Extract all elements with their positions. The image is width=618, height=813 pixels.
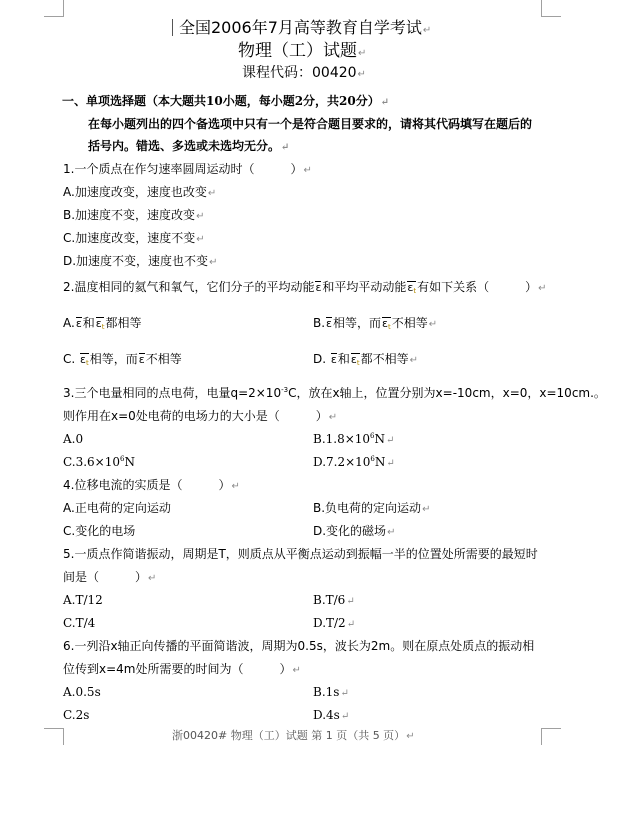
- paragraph-mark-icon: ↵: [346, 596, 354, 607]
- question-4-stem: 4.位移电流的实质是（ ）↵: [63, 477, 240, 495]
- epsilon-bar-symbol: ε: [315, 281, 321, 293]
- margin-corner-bottom-left: [44, 728, 64, 745]
- question-4-option-b: B.负电荷的定向运动↵: [313, 500, 430, 518]
- paragraph-mark-icon: ↵: [358, 48, 366, 59]
- question-3-option-a: A.0: [63, 431, 83, 447]
- question-2-option-d: D. ε和εt都不相等↵: [313, 351, 418, 369]
- question-6-option-c: C.2s: [63, 707, 89, 723]
- paragraph-mark-icon: ↵: [231, 481, 239, 492]
- paragraph-mark-icon: ↵: [148, 573, 156, 584]
- question-5-stem-cont: 间是（ ）↵: [63, 569, 156, 587]
- question-2-option-c: C. εt相等，而ε不相等: [63, 351, 182, 369]
- question-1-option-b: B.加速度不变，速度改变↵: [63, 207, 204, 225]
- question-3-option-d: D.7.2×106N↵: [313, 454, 395, 472]
- paragraph-mark-icon: ↵: [410, 355, 418, 366]
- section-title: 一、单项选择题（本大题共10小题，每小题2分，共20分）↵: [62, 93, 389, 111]
- question-5-option-b: B.T/6↵: [313, 592, 355, 610]
- paragraph-mark-icon: ↵: [381, 97, 389, 108]
- paragraph-mark-icon: ↵: [347, 619, 355, 630]
- paragraph-mark-icon: ↵: [209, 257, 217, 268]
- question-1-option-c: C.加速度改变，速度不变↵: [63, 230, 205, 248]
- question-6-stem: 6.一列沿x轴正向传播的平面简谐波，周期为0.5s，波长为2m。则在原点处质点的…: [63, 638, 534, 654]
- paragraph-mark-icon: ↵: [303, 165, 311, 176]
- question-2-option-a: A.ε和εt都相等: [63, 315, 142, 333]
- epsilon-bar-symbol: ε: [331, 353, 337, 365]
- paragraph-mark-icon: ↵: [196, 234, 204, 245]
- section-instruction: 在每小题列出的四个备选项中只有一个是符合题目要求的，请将其代码填写在题后的: [88, 116, 532, 132]
- paragraph-mark-icon: ↵: [340, 688, 348, 699]
- epsilon-bar-symbol: ε: [326, 317, 332, 329]
- question-5-option-a: A.T/12: [63, 592, 103, 608]
- question-6-option-d: D.4s↵: [313, 707, 349, 725]
- question-4-option-a: A.正电荷的定向运动: [63, 500, 171, 516]
- question-5-stem: 5.一质点作简谐振动，周期是T，则质点从平衡点运动到振幅一半的位置处所需要的最短…: [63, 546, 538, 562]
- paragraph-mark-icon: ↵: [429, 319, 437, 330]
- question-1-option-d: D.加速度不变，速度也不变↵: [63, 253, 217, 271]
- paragraph-mark-icon: ↵: [196, 211, 204, 222]
- question-2-option-b: B.ε相等，而εt不相等↵: [313, 315, 437, 333]
- course-code: 课程代码：00420↵: [242, 64, 366, 84]
- exam-title: 全国2006年7月高等教育自学考试↵: [172, 18, 431, 41]
- question-1-option-a: A.加速度改变，速度也改变↵: [63, 184, 216, 202]
- question-3-stem: 3.三个电量相同的点电荷，电量q=2×10-3C，放在x轴上，位置分别为x=-1…: [63, 385, 606, 401]
- question-5-option-c: C.T/4: [63, 615, 95, 631]
- question-1-stem: 1.一个质点在作匀速率圆周运动时（ ）↵: [63, 161, 312, 179]
- epsilon-t-bar-symbol: εt: [407, 281, 416, 297]
- margin-corner-top-left: [44, 0, 64, 17]
- paragraph-mark-icon: ↵: [208, 188, 216, 199]
- question-6-stem-cont: 位传到x=4m处所需要的时间为（ ）↵: [63, 661, 301, 679]
- question-3-option-c: C.3.6×106N: [63, 454, 135, 470]
- paragraph-mark-icon: ↵: [538, 283, 546, 294]
- question-4-option-d: D.变化的磁场↵: [313, 523, 395, 541]
- margin-corner-top-right: [541, 0, 561, 17]
- paragraph-mark-icon: ↵: [406, 731, 414, 742]
- section-instruction-cont: 括号内。错选、多选或未选均无分。↵: [88, 138, 289, 156]
- question-6-option-a: A.0.5s: [63, 684, 101, 700]
- paragraph-mark-icon: ↵: [329, 412, 337, 423]
- document-page: 全国2006年7月高等教育自学考试↵ 物理（工）试题↵ 课程代码：00420↵ …: [0, 0, 618, 813]
- paragraph-mark-icon: ↵: [423, 25, 431, 36]
- paragraph-mark-icon: ↵: [281, 142, 289, 153]
- question-2-stem: 2.温度相同的氦气和氧气，它们分子的平均动能ε和平均平动动能εt有如下关系（ ）…: [63, 279, 547, 297]
- paragraph-mark-icon: ↵: [387, 527, 395, 538]
- epsilon-bar-symbol: ε: [76, 317, 82, 329]
- question-3-stem-cont: 则作用在x=0处电荷的电场力的大小是（ ）↵: [63, 408, 337, 426]
- page-footer: 浙00420# 物理（工）试题 第 1 页（共 5 页）↵: [172, 728, 415, 745]
- epsilon-t-bar-symbol: εt: [351, 353, 360, 369]
- question-3-option-b: B.1.8×106N↵: [313, 431, 394, 449]
- subject-title: 物理（工）试题↵: [238, 40, 366, 65]
- paragraph-mark-icon: ↵: [422, 504, 430, 515]
- question-5-option-d: D.T/2↵: [313, 615, 355, 633]
- question-4-option-c: C.变化的电场: [63, 523, 135, 539]
- margin-corner-bottom-right: [541, 728, 561, 745]
- text-cursor: [172, 19, 173, 36]
- epsilon-t-bar-symbol: εt: [96, 317, 105, 333]
- epsilon-t-bar-symbol: εt: [80, 353, 89, 369]
- epsilon-bar-symbol: ε: [139, 353, 145, 365]
- paragraph-mark-icon: ↵: [292, 665, 300, 676]
- paragraph-mark-icon: ↵: [341, 711, 349, 722]
- question-6-option-b: B.1s↵: [313, 684, 349, 702]
- paragraph-mark-icon: ↵: [386, 435, 394, 446]
- paragraph-mark-icon: ↵: [358, 69, 366, 80]
- epsilon-t-bar-symbol: εt: [382, 317, 391, 333]
- paragraph-mark-icon: ↵: [386, 458, 394, 469]
